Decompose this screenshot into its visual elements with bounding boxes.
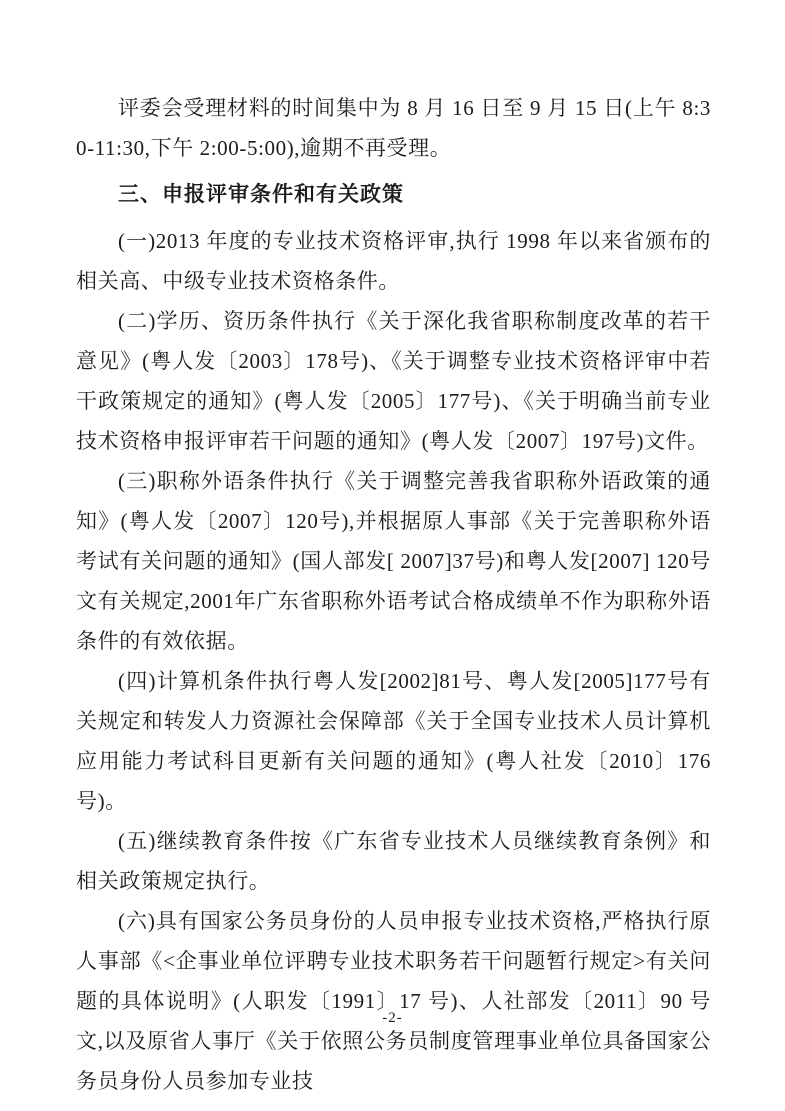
document-body: 评委会受理材料的时间集中为 8 月 16 日至 9 月 15 日(上午 8:30… <box>76 88 711 1101</box>
page-number: -2- <box>0 1006 785 1030</box>
paragraph-item-5: (五)继续教育条件按《广东省专业技术人员继续教育条例》和相关政策规定执行。 <box>76 821 711 901</box>
paragraph-item-6: (六)具有国家公务员身份的人员申报专业技术资格,严格执行原人事部《<企事业单位评… <box>76 901 711 1101</box>
paragraph-item-1: (一)2013 年度的专业技术资格评审,执行 1998 年以来省颁布的相关高、中… <box>76 221 711 301</box>
paragraph-item-4: (四)计算机条件执行粤人发[2002]81号、粤人发[2005]177号有关规定… <box>76 661 711 821</box>
paragraph-item-2: (二)学历、资历条件执行《关于深化我省职称制度改革的若干意见》(粤人发〔2003… <box>76 301 711 461</box>
section-heading-3: 三、申报评审条件和有关政策 <box>76 174 711 214</box>
paragraph-item-3: (三)职称外语条件执行《关于调整完善我省职称外语政策的通知》(粤人发〔2007〕… <box>76 461 711 661</box>
document-page: 评委会受理材料的时间集中为 8 月 16 日至 9 月 15 日(上午 8:30… <box>0 0 785 1111</box>
paragraph-deadline-notice: 评委会受理材料的时间集中为 8 月 16 日至 9 月 15 日(上午 8:30… <box>76 88 711 168</box>
